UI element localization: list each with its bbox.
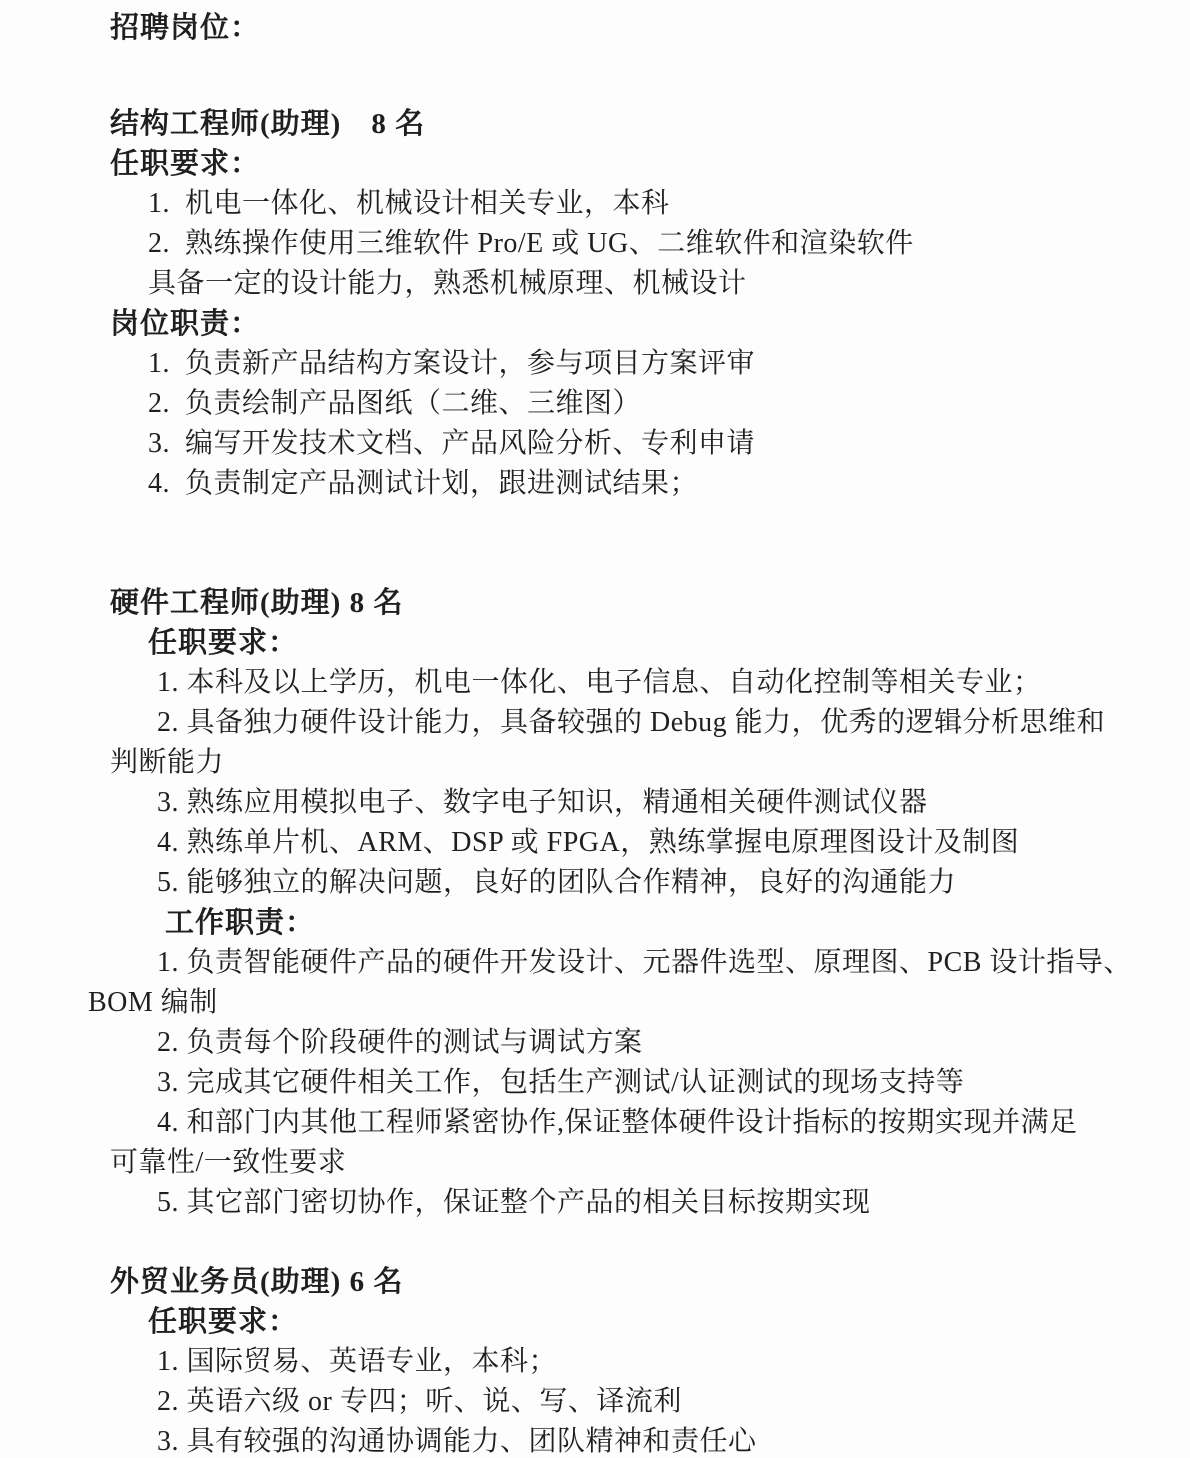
requirements-label: 任职要求： (110, 1302, 1150, 1342)
requirement-item: 5. 能够独立的解决问题，良好的团队合作精神，良好的沟通能力 (110, 863, 1150, 903)
section-hardware-engineer: 硬件工程师(助理) 8 名 任职要求： 1. 本科及以上学历，机电一体化、电子信… (110, 583, 1150, 1223)
duty-item: 4. 和部门内其他工程师紧密协作,保证整体硬件设计指标的按期实现并满足 (110, 1103, 1150, 1143)
duty-item: 2. 负责每个阶段硬件的测试与调试方案 (110, 1023, 1150, 1063)
requirement-item: 1. 国际贸易、英语专业，本科； (110, 1342, 1150, 1382)
requirement-item: 3. 具有较强的沟通协调能力、团队精神和责任心 (110, 1422, 1150, 1458)
section-structural-engineer: 结构工程师(助理) 8 名 任职要求： 1. 机电一体化、机械设计相关专业，本科… (110, 104, 1150, 504)
requirement-continuation-line: 判断能力 (110, 743, 1150, 783)
requirement-continuation-line: 具备一定的设计能力，熟悉机械原理、机械设计 (110, 264, 1150, 304)
requirements-label: 任职要求： (110, 144, 1150, 184)
requirement-item: 4. 熟练单片机、ARM、DSP 或 FPGA，熟练掌握电原理图设计及制图 (110, 823, 1150, 863)
duty-item: 1. 负责新产品结构方案设计，参与项目方案评审 (110, 344, 1150, 384)
requirement-item: 2. 英语六级 or 专四；听、说、写、译流利 (110, 1382, 1150, 1422)
duty-item: 3. 完成其它硬件相关工作，包括生产测试/认证测试的现场支持等 (110, 1063, 1150, 1103)
document-page: 招聘岗位： 结构工程师(助理) 8 名 任职要求： 1. 机电一体化、机械设计相… (0, 0, 1190, 1458)
requirements-label: 任职要求： (110, 623, 1150, 663)
document-title: 招聘岗位： (110, 8, 1150, 48)
duty-continuation-line: BOM 编制 (88, 983, 1150, 1023)
duty-item: 1. 负责智能硬件产品的硬件开发设计、元器件选型、原理图、PCB 设计指导、 (110, 943, 1150, 983)
section-foreign-trade-clerk: 外贸业务员(助理) 6 名 任职要求： 1. 国际贸易、英语专业，本科； 2. … (110, 1262, 1150, 1458)
duty-item: 2. 负责绘制产品图纸（二维、三维图） (110, 384, 1150, 424)
duty-item: 4. 负责制定产品测试计划，跟进测试结果； (110, 464, 1150, 504)
section-heading: 外贸业务员(助理) 6 名 (110, 1262, 1150, 1302)
duty-continuation-line: 可靠性/一致性要求 (110, 1143, 1150, 1183)
requirement-item: 3. 熟练应用模拟电子、数字电子知识，精通相关硬件测试仪器 (110, 783, 1150, 823)
duties-label: 工作职责： (110, 903, 1150, 943)
duty-item: 5. 其它部门密切协作，保证整个产品的相关目标按期实现 (110, 1183, 1150, 1223)
section-heading: 结构工程师(助理) 8 名 (110, 104, 1150, 144)
duty-item: 3. 编写开发技术文档、产品风险分析、专利申请 (110, 424, 1150, 464)
requirement-item: 1. 机电一体化、机械设计相关专业，本科 (110, 184, 1150, 224)
section-heading: 硬件工程师(助理) 8 名 (110, 583, 1150, 623)
duties-label: 岗位职责： (110, 304, 1150, 344)
requirement-item: 1. 本科及以上学历，机电一体化、电子信息、自动化控制等相关专业； (110, 663, 1150, 703)
requirement-item: 2. 具备独力硬件设计能力，具备较强的 Debug 能力，优秀的逻辑分析思维和 (110, 703, 1150, 743)
requirement-item: 2. 熟练操作使用三维软件 Pro/E 或 UG、二维软件和渲染软件 (110, 224, 1150, 264)
